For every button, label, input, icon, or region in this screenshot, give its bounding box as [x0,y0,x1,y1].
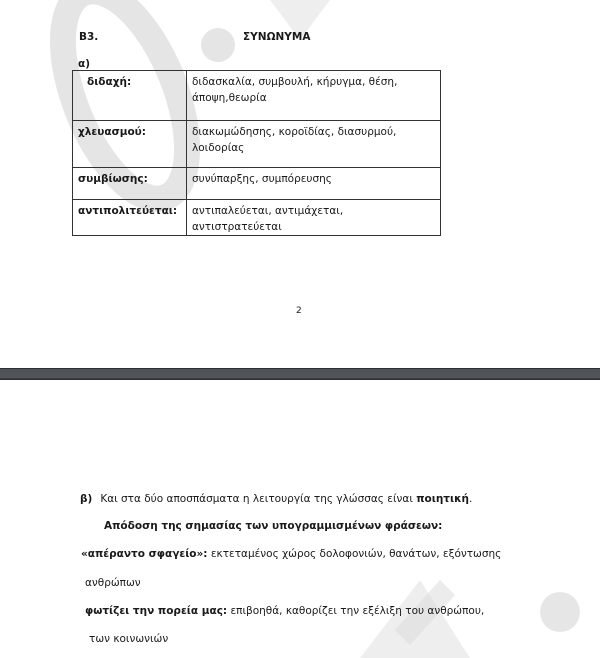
term-cell: διδαχή: [73,71,187,121]
page-separator [0,368,600,380]
phrase-item: φωτίζει την πορεία μας: επιβοηθά, καθορί… [85,605,484,617]
phrase-meaning: εκτεταμένος χώρος δολοφονιών, θανάτων, ε… [208,548,502,560]
document-page-bottom: β)Και στα δύο αποσπάσματα η λειτουργία τ… [0,380,600,658]
section-number: Β3. [79,31,98,43]
synonyms-cell: διακωμώδησης, κοροϊδίας, διασυρμού, λοιδ… [187,121,441,168]
phrase-meaning-continuation: των κοινωνιών [89,633,168,645]
synonyms-cell: διδασκαλία, συμβουλή, κήρυγμα, θέση, άπο… [187,71,441,121]
term-cell: χλευασμού: [73,121,187,168]
document-page-top: Β3. ΣΥΝΩΝΥΜΑ α) διδαχή: διδασκαλία, συμβ… [0,0,600,368]
answer-paragraph-b: β)Και στα δύο αποσπάσματα η λειτουργία τ… [80,493,472,505]
phrase-meaning: επιβοηθά, καθορίζει την εξέλιξη του ανθρ… [227,605,484,617]
phrase-meaning-continuation: ανθρώπων [85,577,141,589]
answer-emphasis: ποιητική [416,493,469,505]
phrase-item: «απέραντο σφαγείο»: εκτεταμένος χώρος δο… [81,548,501,560]
page-number: 2 [296,306,302,316]
phrase: φωτίζει την πορεία μας: [85,605,227,617]
term-cell: αντιπολιτεύεται: [73,200,187,236]
answer-end: . [469,493,472,505]
table-row: αντιπολιτεύεται: αντιπαλεύεται, αντιμάχε… [73,200,441,236]
synonyms-table: διδαχή: διδασκαλία, συμβουλή, κήρυγμα, θ… [72,70,441,236]
table-row: συμβίωσης: συνύπαρξης, συμπόρευσης [73,168,441,200]
subheading: Απόδοση της σημασίας των υπογραμμισμένων… [104,520,442,532]
table-row: χλευασμού: διακωμώδησης, κοροϊδίας, διασ… [73,121,441,168]
phrase: «απέραντο σφαγείο»: [81,548,208,560]
table-row: διδαχή: διδασκαλία, συμβουλή, κήρυγμα, θ… [73,71,441,121]
section-title: ΣΥΝΩΝΥΜΑ [243,31,310,43]
synonyms-cell: αντιπαλεύεται, αντιμάχεται, αντιστρατεύε… [187,200,441,236]
synonyms-cell: συνύπαρξης, συμπόρευσης [187,168,441,200]
answer-marker: β) [80,493,92,505]
term-cell: συμβίωσης: [73,168,187,200]
answer-text: Και στα δύο αποσπάσματα η λειτουργία της… [100,493,416,505]
subsection-label: α) [78,58,90,70]
